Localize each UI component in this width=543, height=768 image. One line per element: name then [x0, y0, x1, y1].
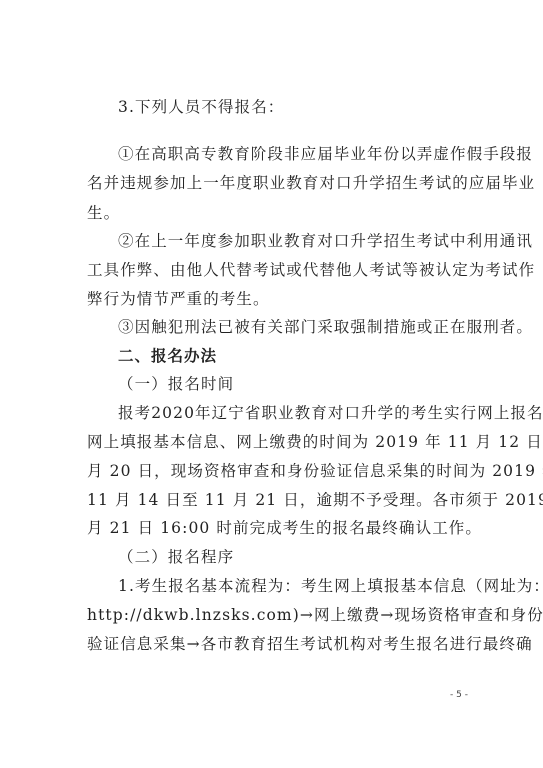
paragraph-line: 网上填报基本信息、网上缴费的时间为 2019 年 11 月 12 日至 11 [87, 432, 543, 452]
paragraph-line: 月 21 日 16:00 时前完成考生的报名最终确认工作。 [87, 518, 482, 538]
paragraph-line: ②在上一年度参加职业教育对口升学招生考试中利用通讯 [118, 231, 533, 251]
page-number: - 5 - [450, 690, 468, 700]
list-item-3-heading: 3.下列人员不得报名： [118, 97, 284, 117]
paragraph-line-url: http://dkwb.lnzsks.com)→网上缴费→现场资格审查和身份 [87, 605, 543, 625]
subsection-heading: （二）报名程序 [118, 547, 234, 567]
subsection-heading: （一）报名时间 [118, 374, 234, 394]
paragraph-line: ①在高职高专教育阶段非应届毕业年份以弄虚作假手段报 [118, 144, 533, 164]
paragraph-line: 生。 [87, 203, 120, 223]
document-page: 3.下列人员不得报名： ①在高职高专教育阶段非应届毕业年份以弄虚作假手段报 名并… [0, 0, 543, 768]
section-heading: 二、报名办法 [118, 346, 217, 366]
paragraph-line: ③因触犯刑法已被有关部门采取强制措施或正在服刑者。 [118, 317, 533, 337]
paragraph-line: 报考2020年辽宁省职业教育对口升学的考生实行网上报名。 [118, 403, 543, 423]
paragraph-line: 验证信息采集→各市教育招生考试机构对考生报名进行最终确 [87, 634, 533, 654]
paragraph-line: 弊行为情节严重的考生。 [87, 289, 270, 309]
paragraph-line: 名并违规参加上一年度职业教育对口升学招生考试的应届毕业 [87, 173, 535, 193]
paragraph-line: 月 20 日，现场资格审查和身份验证信息采集的时间为 2019 年 [87, 461, 543, 481]
paragraph-line: 工具作弊、由他人代替考试或代替他人考试等被认定为考试作 [87, 260, 535, 280]
paragraph-line: 1.考生报名基本流程为：考生网上填报基本信息（网址为： [118, 576, 543, 596]
paragraph-line: 11 月 14 日至 11 月 21 日，逾期不予受理。各市须于 2019 年 … [87, 490, 543, 510]
